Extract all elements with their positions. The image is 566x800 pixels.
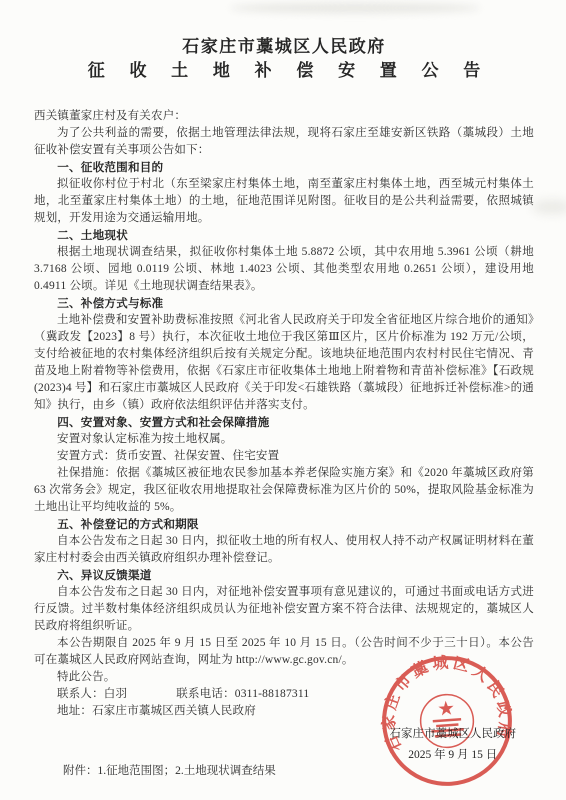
section-1-heading: 一、征收范围和目的: [34, 159, 534, 176]
signature-date: 2025 年 9 月 15 日: [390, 745, 517, 766]
official-seal: 石家庄市藁城区人民政府: [371, 645, 523, 797]
section-2-heading: 二、土地现状: [34, 227, 534, 244]
salutation: 西关镇董家庄村及有关农户：: [34, 108, 534, 125]
section-2-paragraph: 根据土地现状调查结果，拟征收你村集体土地 5.8872 公顷，其中农用地 5.3…: [34, 244, 534, 295]
signature-block: 石家庄市藁城区人民政府 2025 年 9 月 15 日: [390, 724, 517, 766]
notice-body: 西关镇董家庄村及有关农户： 为了公共利益的需要，依据土地管理法律法规，现将石家庄…: [34, 108, 534, 720]
notice-title: 征 收 土 地 补 偿 安 置 公 告: [34, 60, 534, 81]
section-4-paragraph-3: 社保措施：依据《藁城区被征地农民参加基本养老保险实施方案》和《2020 年藁城区…: [34, 465, 534, 516]
section-5-paragraph: 自本公告发布之日起 30 日内，拟征收土地的所有权人、使用权人持不动产权属证明材…: [34, 533, 534, 567]
attachments-line: 附件：1.征地范围图；2.土地现状调查结果: [63, 762, 276, 778]
intro-paragraph: 为了公共利益的需要，依据土地管理法律法规，现将石家庄至雄安新区铁路（藁城段）土地…: [34, 125, 534, 159]
section-4-paragraph-1: 安置对象认定标准为按土地权属。: [34, 431, 534, 448]
org-title: 石家庄市藁城区人民政府: [34, 36, 534, 57]
section-3-heading: 三、补偿方式与标准: [34, 295, 534, 312]
section-6-paragraph: 自本公告发布之日起 30 日内，对征地补偿安置事项有意见建议的，可通过书面或电话…: [34, 584, 534, 635]
signature-org: 石家庄市藁城区人民政府: [390, 724, 517, 745]
notice-page: 石家庄市藁城区人民政府 征 收 土 地 补 偿 安 置 公 告 西关镇董家庄村及…: [0, 0, 566, 800]
section-1-paragraph: 拟征收你村位于村北（东至梁家庄村集体土地，南至董家庄村集体土地，西至城元村集体土…: [34, 176, 534, 227]
section-6-heading: 六、异议反馈渠道: [34, 567, 534, 584]
scan-artifact: [230, 3, 480, 13]
section-4-paragraph-2: 安置方式：货币安置、社保安置、住宅安置: [34, 448, 534, 465]
contact-phone: 联系电话：0311-88187311: [176, 688, 309, 700]
section-4-heading: 四、安置对象、安置方式和社会保障措施: [34, 414, 534, 431]
section-3-paragraph: 土地补偿费和安置补助费标准按照《河北省人民政府关于印发全省征地区片综合地价的通知…: [34, 312, 534, 414]
contact-person: 联系人：白羽: [57, 688, 127, 700]
scan-artifact: [532, 200, 566, 214]
section-5-heading: 五、补偿登记的方式和期限: [34, 516, 534, 533]
